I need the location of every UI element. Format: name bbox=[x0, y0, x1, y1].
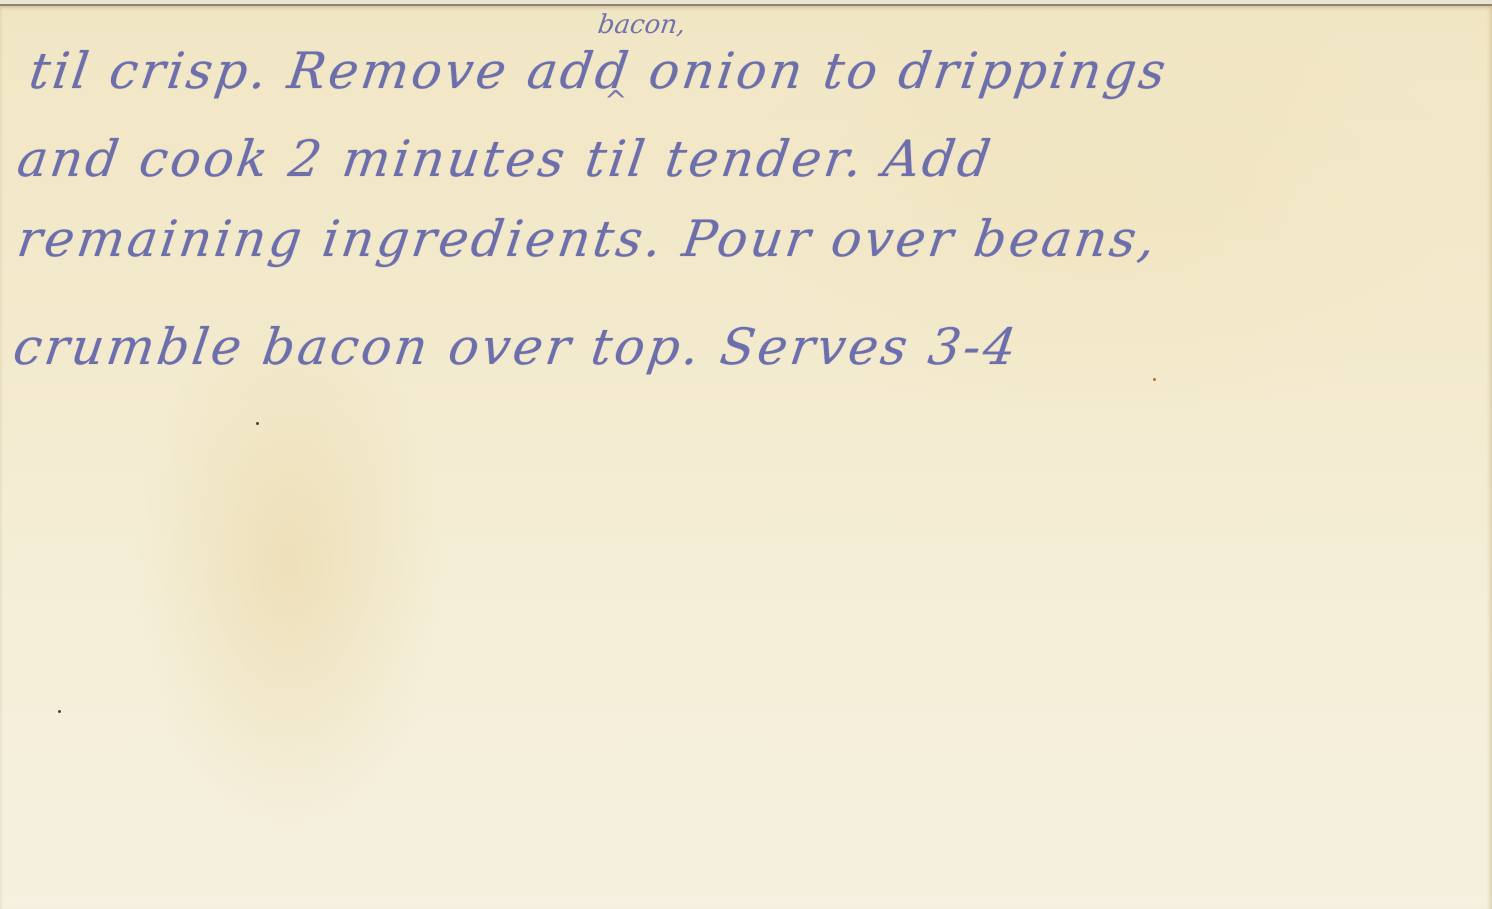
paper-speck bbox=[58, 710, 61, 713]
paper-speck bbox=[1153, 378, 1156, 381]
handwritten-line-2: and cook 2 minutes til tender. Add bbox=[14, 130, 997, 188]
handwritten-line-1: til crisp. Remove add onion to drippings bbox=[26, 42, 1172, 100]
inserted-word-bacon: bacon, bbox=[596, 10, 688, 40]
handwritten-line-4: crumble bacon over top. Serves 3-4 bbox=[10, 318, 1023, 376]
paper-speck bbox=[256, 422, 259, 425]
recipe-card: bacon, ^ til crisp. Remove add onion to … bbox=[0, 4, 1492, 907]
handwritten-line-3: remaining ingredients. Pour over beans, bbox=[14, 210, 1162, 268]
